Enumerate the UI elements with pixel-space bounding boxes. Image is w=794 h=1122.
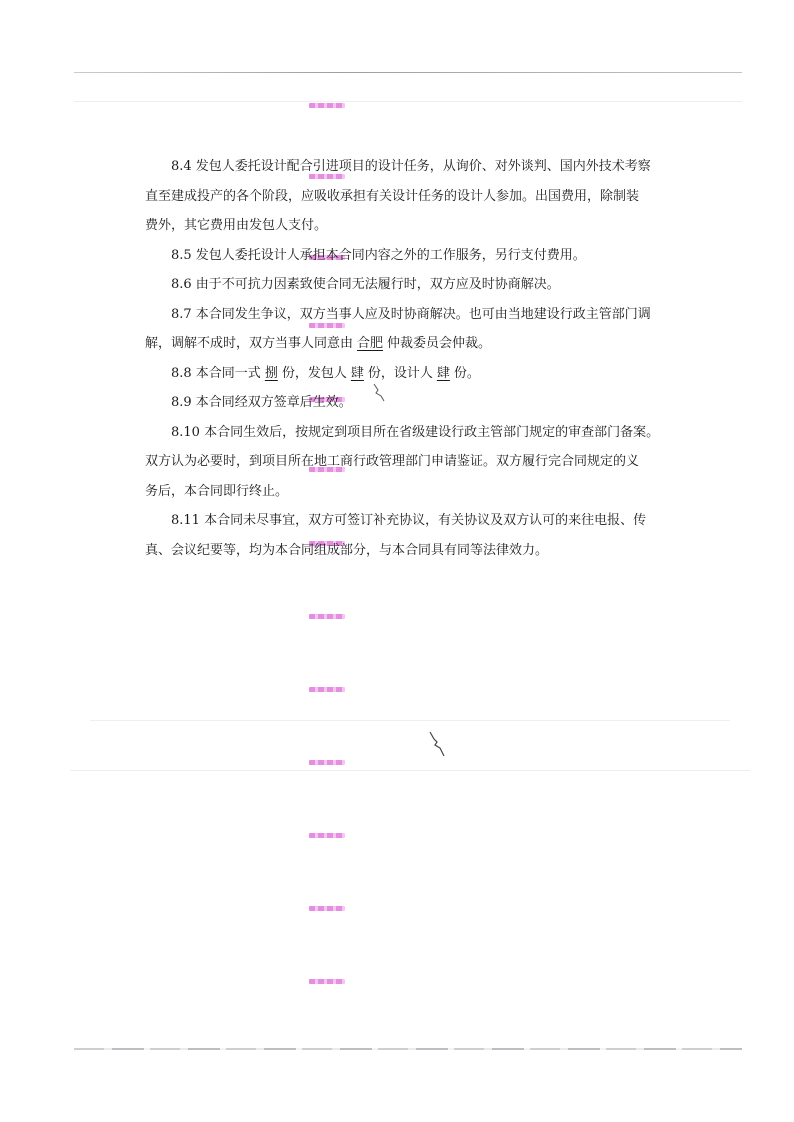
bleed-through-line bbox=[90, 720, 730, 721]
client-copies-fill: 肆 bbox=[347, 359, 368, 389]
text-line: 8.11 本合同未尽事宜，双方可签订补充协议，有关协议及双方认可的来往电报、传 bbox=[145, 506, 710, 536]
watermark-mark bbox=[309, 979, 345, 984]
text-fragment: 8.8 本合同一式 bbox=[171, 366, 261, 381]
text-line: 真、会议纪要等，均为本合同组成部分，与本合同具有同等法律效力。 bbox=[145, 536, 710, 566]
clause-8-4: 8.4 发包人委托设计配合引进项目的设计任务，从询价、对外谈判、国内外技术考察 … bbox=[145, 152, 710, 241]
pen-mark-icon bbox=[372, 382, 386, 402]
watermark-mark bbox=[309, 687, 345, 692]
clause-8-10: 8.10 本合同生效后，按规定到项目所在省级建设行政主管部门规定的审查部门备案。… bbox=[145, 418, 710, 507]
watermark-mark bbox=[309, 906, 345, 911]
contract-body: 8.4 发包人委托设计配合引进项目的设计任务，从询价、对外谈判、国内外技术考察 … bbox=[145, 152, 710, 565]
clause-8-7: 8.7 本合同发生争议，双方当事人应及时协商解决。也可由当地建设行政主管部门调 … bbox=[145, 300, 710, 359]
clause-8-11: 8.11 本合同未尽事宜，双方可签订补充协议，有关协议及双方认可的来往电报、传 … bbox=[145, 506, 710, 565]
text-fragment: 份，设计人 bbox=[368, 366, 433, 381]
text-fragment: 仲裁委员会仲裁。 bbox=[387, 336, 491, 351]
pen-mark-icon bbox=[428, 730, 448, 758]
watermark-mark bbox=[309, 833, 345, 838]
text-line: 费外，其它费用由发包人支付。 bbox=[145, 211, 710, 241]
text-line: 8.5 发包人委托设计人承担本合同内容之外的工作服务，另行支付费用。 bbox=[145, 241, 710, 271]
text-line: 8.6 由于不可抗力因素致使合同无法履行时，双方应及时协商解决。 bbox=[145, 270, 710, 300]
header-rule bbox=[74, 72, 742, 73]
clause-8-8: 8.8 本合同一式捌份，发包人肆份，设计人肆份。 bbox=[145, 359, 710, 389]
watermark-mark bbox=[309, 103, 345, 108]
clause-8-5: 8.5 发包人委托设计人承担本合同内容之外的工作服务，另行支付费用。 bbox=[145, 241, 710, 271]
text-line: 直至建成投产的各个阶段，应吸收承担有关设计任务的设计人参加。出国费用，除制装 bbox=[145, 182, 710, 212]
clause-8-6: 8.6 由于不可抗力因素致使合同无法履行时，双方应及时协商解决。 bbox=[145, 270, 710, 300]
text-line: 8.9 本合同经双方签章后生效。 bbox=[145, 388, 710, 418]
clause-8-9: 8.9 本合同经双方签章后生效。 bbox=[145, 388, 710, 418]
text-fragment: 份。 bbox=[454, 366, 480, 381]
text-fragment: 解，调解不成时，双方当事人同意由 bbox=[145, 336, 353, 351]
text-line: 8.7 本合同发生争议，双方当事人应及时协商解决。也可由当地建设行政主管部门调 bbox=[145, 300, 710, 330]
footer-rule bbox=[74, 1048, 742, 1050]
bleed-through-line bbox=[70, 770, 750, 771]
arbitration-city-fill: 合肥 bbox=[353, 329, 387, 359]
text-line: 解，调解不成时，双方当事人同意由合肥仲裁委员会仲裁。 bbox=[145, 329, 710, 359]
text-fragment: 份，发包人 bbox=[282, 366, 347, 381]
total-copies-fill: 捌 bbox=[261, 359, 282, 389]
watermark-mark bbox=[309, 614, 345, 619]
text-line: 务后，本合同即行终止。 bbox=[145, 477, 710, 507]
text-line: 8.4 发包人委托设计配合引进项目的设计任务，从询价、对外谈判、国内外技术考察 bbox=[145, 152, 710, 182]
scanned-page: 8.4 发包人委托设计配合引进项目的设计任务，从询价、对外谈判、国内外技术考察 … bbox=[0, 0, 794, 1122]
text-line: 8.10 本合同生效后，按规定到项目所在省级建设行政主管部门规定的审查部门备案。 bbox=[145, 418, 710, 448]
watermark-mark bbox=[309, 760, 345, 765]
designer-copies-fill: 肆 bbox=[433, 359, 454, 389]
text-line: 双方认为必要时，到项目所在地工商行政管理部门申请鉴证。双方履行完合同规定的义 bbox=[145, 447, 710, 477]
bleed-through-line bbox=[74, 101, 742, 102]
text-line: 8.8 本合同一式捌份，发包人肆份，设计人肆份。 bbox=[145, 359, 710, 389]
